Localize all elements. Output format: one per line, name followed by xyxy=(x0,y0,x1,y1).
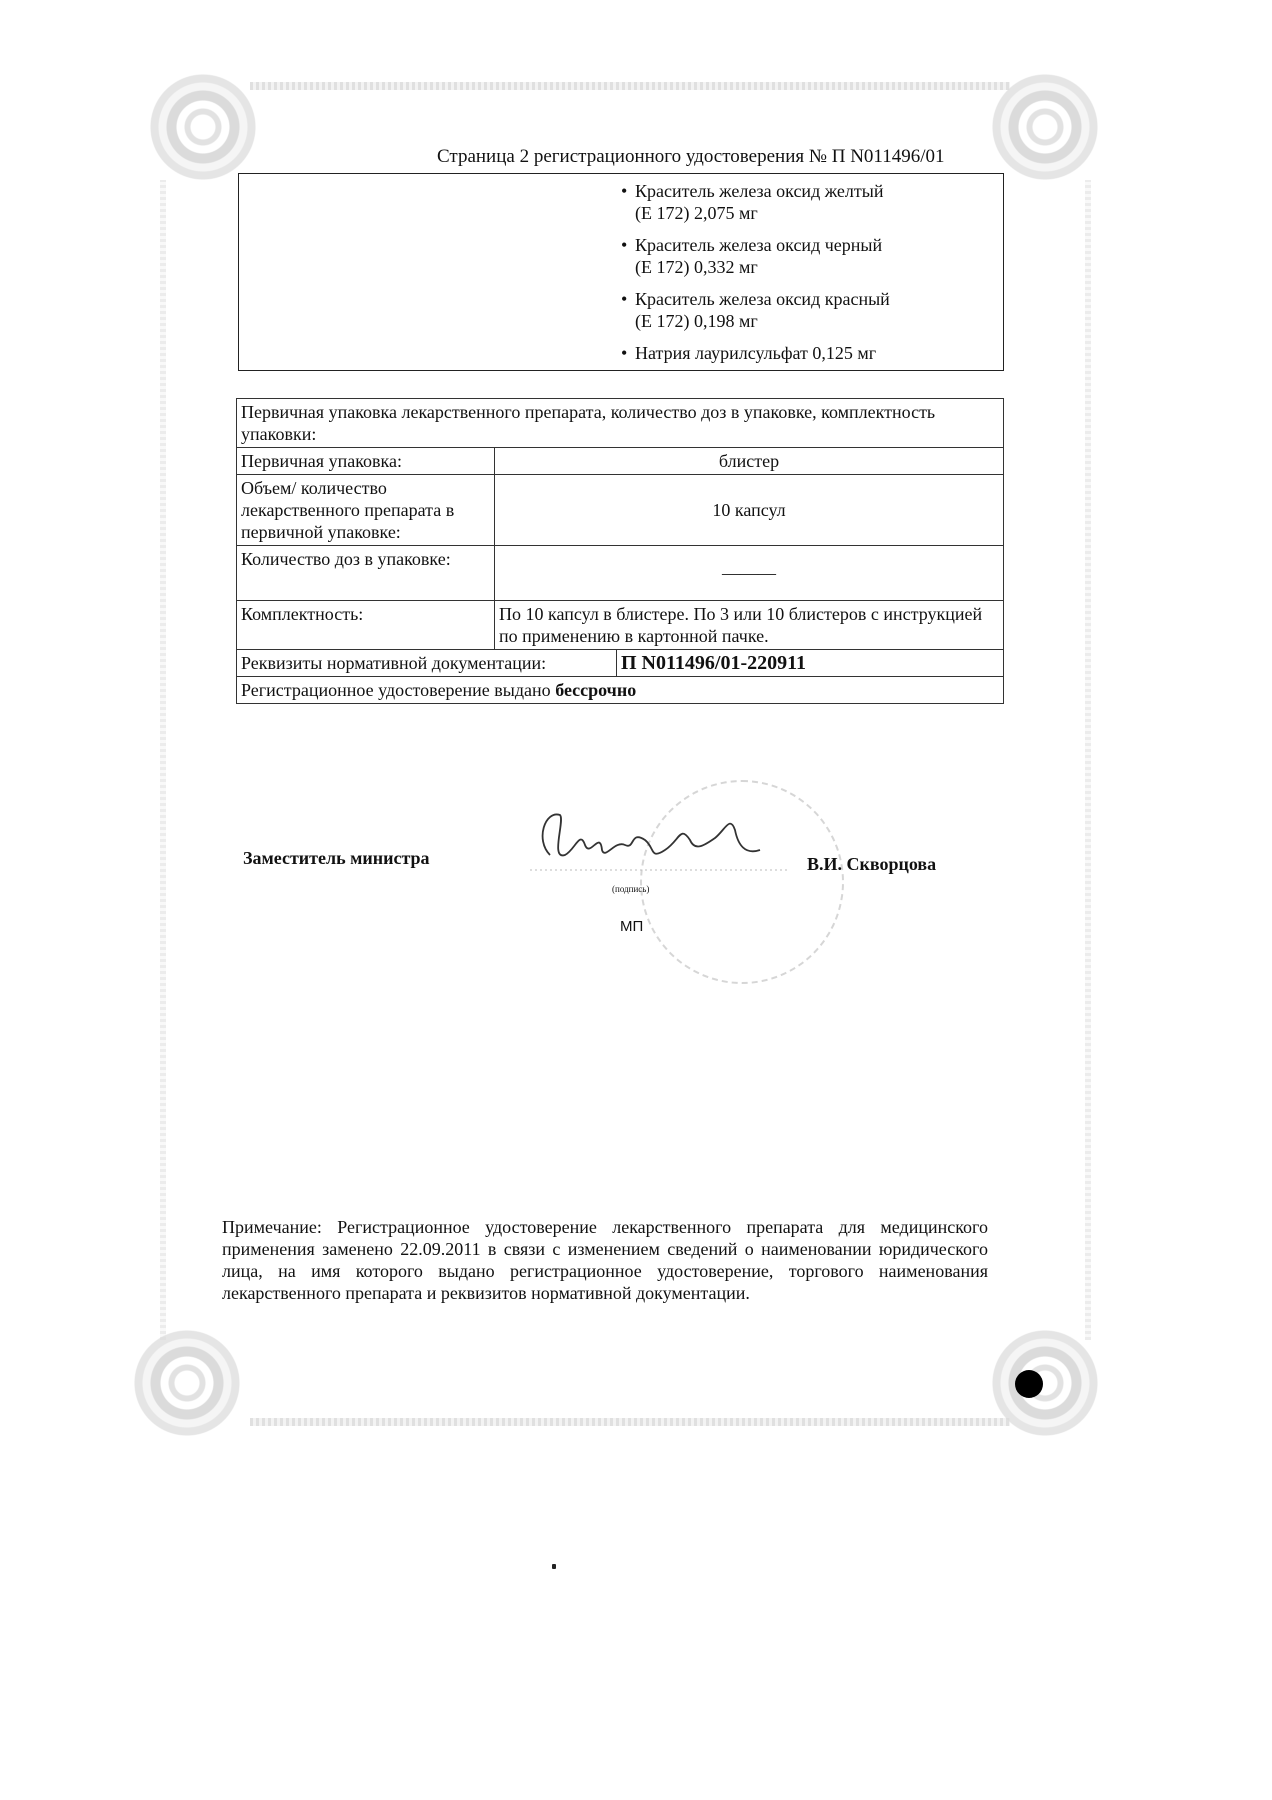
table-row: Комплектность: По 10 капсул в блистере. … xyxy=(237,601,1004,650)
handwritten-signature-icon xyxy=(530,800,800,880)
excipient-item: Натрия лаурилсульфат 0,125 мг xyxy=(621,342,1003,364)
validity-row: Регистрационное удостоверение выдано бес… xyxy=(237,677,1004,704)
excipient-item: Краситель железа оксид красный(Е 172) 0,… xyxy=(621,288,1003,332)
excipient-item: Краситель железа оксид желтый(Е 172) 2,0… xyxy=(621,180,1003,224)
validity-value: бессрочно xyxy=(555,680,636,700)
excipients-list: Краситель железа оксид желтый(Е 172) 2,0… xyxy=(239,174,1003,364)
frame-right-border xyxy=(1085,180,1091,1340)
table-row: Первичная упаковка: блистер xyxy=(237,448,1004,475)
row-label: Объем/ количество лекарственного препара… xyxy=(237,475,495,546)
signatory-position: Заместитель министра xyxy=(243,848,430,869)
row-label: Первичная упаковка: xyxy=(237,448,495,475)
page-header: Страница 2 регистрационного удостоверени… xyxy=(437,146,945,168)
row-value: По 10 капсул в блистере. По 3 или 10 бли… xyxy=(495,601,1004,650)
table-row: Первичная упаковка лекарственного препар… xyxy=(237,399,1004,448)
packaging-table: Первичная упаковка лекарственного препар… xyxy=(236,398,1004,704)
excipient-name: Краситель железа оксид желтый xyxy=(635,181,883,201)
rosette-ornament-icon xyxy=(990,72,1100,182)
scan-speck xyxy=(552,1564,556,1569)
row-value: 10 капсул xyxy=(495,475,1004,546)
excipient-item: Краситель железа оксид черный(Е 172) 0,3… xyxy=(621,234,1003,278)
frame-top-border xyxy=(250,82,1010,90)
excipient-name: Краситель железа оксид черный xyxy=(635,235,882,255)
frame-bottom-border xyxy=(250,1418,1010,1426)
excipient-name: Краситель железа оксид красный xyxy=(635,289,890,309)
signature-caption: (подпись) xyxy=(612,884,649,894)
table-row: Реквизиты нормативной документации: П N0… xyxy=(237,650,1004,677)
stamp-label: МП xyxy=(620,918,643,935)
excipient-name: Натрия лаурилсульфат 0,125 мг xyxy=(635,343,876,363)
excipient-dose: (Е 172) 0,332 мг xyxy=(635,257,758,277)
hole-punch-mark xyxy=(1015,1370,1043,1398)
section-title: Первичная упаковка лекарственного препар… xyxy=(237,399,1004,448)
signatory-name: В.И. Скворцова xyxy=(807,854,936,875)
normative-value: П N011496/01-220911 xyxy=(617,650,1004,677)
table-row: Объем/ количество лекарственного препара… xyxy=(237,475,1004,546)
validity-prefix: Регистрационное удостоверение выдано xyxy=(241,680,555,700)
frame-left-border xyxy=(160,180,166,1340)
row-value: ——— xyxy=(495,546,1004,601)
table-row: Количество доз в упаковке: ——— xyxy=(237,546,1004,601)
note-paragraph: Примечание: Регистрационное удостоверени… xyxy=(222,1216,988,1304)
row-label: Комплектность: xyxy=(237,601,495,650)
rosette-ornament-icon xyxy=(132,1328,242,1438)
rosette-ornament-icon xyxy=(148,72,258,182)
normative-label: Реквизиты нормативной документации: xyxy=(237,650,617,677)
excipient-dose: (Е 172) 0,198 мг xyxy=(635,311,758,331)
table-row: Регистрационное удостоверение выдано бес… xyxy=(237,677,1004,704)
excipient-dose: (Е 172) 2,075 мг xyxy=(635,203,758,223)
rosette-ornament-icon xyxy=(990,1328,1100,1438)
excipients-box: Краситель железа оксид желтый(Е 172) 2,0… xyxy=(238,173,1004,371)
row-value: блистер xyxy=(495,448,1004,475)
row-label: Количество доз в упаковке: xyxy=(237,546,495,601)
